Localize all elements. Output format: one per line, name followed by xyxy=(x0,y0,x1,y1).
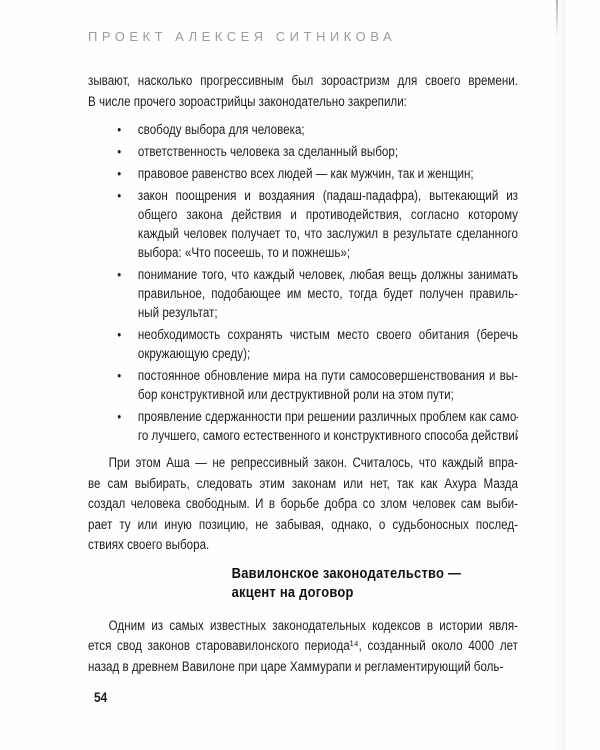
bullet-text: ответственность человека за сделанный вы… xyxy=(138,142,518,161)
text-line: закон поощрения и воздаяния (падаш-падаф… xyxy=(138,186,518,205)
text-line: При этом Аша — не репрессивный закон. Сч… xyxy=(88,453,518,474)
bullet-text: постоянное обновление мира на пути самос… xyxy=(138,366,518,404)
bullet-text: необходимость сохранять чистым место сво… xyxy=(138,325,518,363)
page-number: 54 xyxy=(94,689,107,705)
text-line: ный результат; xyxy=(138,303,518,322)
text-line: зывают, насколько прогрессивным был зоро… xyxy=(88,71,518,92)
text-line: выбора: «Что посеешь, то и пожнешь»; xyxy=(138,243,518,262)
bullet-item: •свободу выбора для человека; xyxy=(88,120,518,139)
text-line: акцент на договор xyxy=(232,583,518,602)
bullet-marker: • xyxy=(117,366,138,404)
bullet-item: •правовое равенство всех людей — как муж… xyxy=(88,164,518,183)
text-line: понимание того, что каждый человек, люба… xyxy=(138,265,518,284)
text-line: необходимость сохранять чистым место сво… xyxy=(138,325,518,344)
text-line: рает ту или иную позицию, не забывая, од… xyxy=(88,515,518,536)
bullet-text: проявление сдержанности при решении разл… xyxy=(138,407,518,445)
bullet-item: •проявление сдержанности при решении раз… xyxy=(88,407,518,445)
text-line: ве сам выбирать, следовать этим законам … xyxy=(88,474,518,495)
paragraph-babylon-code: Одним из самых известных законодательных… xyxy=(88,616,518,678)
scan-edge-artifact xyxy=(556,0,558,38)
running-header: ПРОЕКТ АЛЕКСЕЯ СИТНИКОВА xyxy=(88,29,396,44)
bullet-marker: • xyxy=(117,325,138,363)
paragraph-asha-law: При этом Аша — не репрессивный закон. Сч… xyxy=(88,453,518,556)
bullet-marker: • xyxy=(117,407,138,445)
text-line: Вавилонское законодательство — xyxy=(232,564,518,583)
bullet-marker: • xyxy=(117,120,138,139)
scan-edge-shading xyxy=(552,0,566,750)
bullet-item: •необходимость сохранять чистым место св… xyxy=(88,325,518,363)
text-line: свободу выбора для человека; xyxy=(138,120,518,139)
paragraph-zoroastrianism-intro: зывают, насколько прогрессивным был зоро… xyxy=(88,71,518,112)
text-line: постоянное обновление мира на пути самос… xyxy=(138,366,518,385)
text-line: назад в древнем Вавилоне при царе Хаммур… xyxy=(88,657,518,678)
book-page: ПРОЕКТ АЛЕКСЕЯ СИТНИКОВА зывают, насколь… xyxy=(0,0,600,750)
bullet-item: •ответственность человека за сделанный в… xyxy=(88,142,518,161)
text-line: В числе прочего зороастрийцы законодател… xyxy=(88,92,518,113)
text-column: зывают, насколько прогрессивным был зоро… xyxy=(88,71,518,685)
bullet-marker: • xyxy=(117,142,138,161)
bullet-text: понимание того, что каждый человек, люба… xyxy=(138,265,518,322)
bullet-item: •понимание того, что каждый человек, люб… xyxy=(88,265,518,322)
text-line: проявление сдержанности при решении разл… xyxy=(138,407,518,426)
text-line: общего закона действия и противодействия… xyxy=(138,205,518,224)
bullet-marker: • xyxy=(117,164,138,183)
text-line: правильное, подобающее им место, тогда б… xyxy=(138,284,518,303)
text-line: ется свод законов старовавилонского пери… xyxy=(88,636,518,657)
bullet-marker: • xyxy=(117,265,138,322)
bullet-item: •постоянное обновление мира на пути само… xyxy=(88,366,518,404)
text-line: ответственность человека за сделанный вы… xyxy=(138,142,518,161)
section-heading: Вавилонское законодательство —акцент на … xyxy=(232,564,518,602)
text-line: окружающую среду); xyxy=(138,344,518,363)
text-line: создал человека свободным. И в борьбе до… xyxy=(88,494,518,515)
bullet-text: правовое равенство всех людей — как мужч… xyxy=(138,164,518,183)
bullet-item: •закон поощрения и воздаяния (падаш-пада… xyxy=(88,186,518,262)
text-line: бор конструктивной или деструктивной рол… xyxy=(138,385,518,404)
text-line: каждый человек получает то, что заслужил… xyxy=(138,224,518,243)
text-line: го лучшего, самого естественного и конст… xyxy=(138,426,518,445)
bullet-text: свободу выбора для человека; xyxy=(138,120,518,139)
bullet-text: закон поощрения и воздаяния (падаш-падаф… xyxy=(138,186,518,262)
bullet-list: •свободу выбора для человека;•ответствен… xyxy=(88,120,518,445)
text-line: Одним из самых известных законодательных… xyxy=(88,616,518,637)
text-line: правовое равенство всех людей — как мужч… xyxy=(138,164,518,183)
bullet-marker: • xyxy=(117,186,138,262)
text-line: ствиях своего выбора. xyxy=(88,535,518,556)
